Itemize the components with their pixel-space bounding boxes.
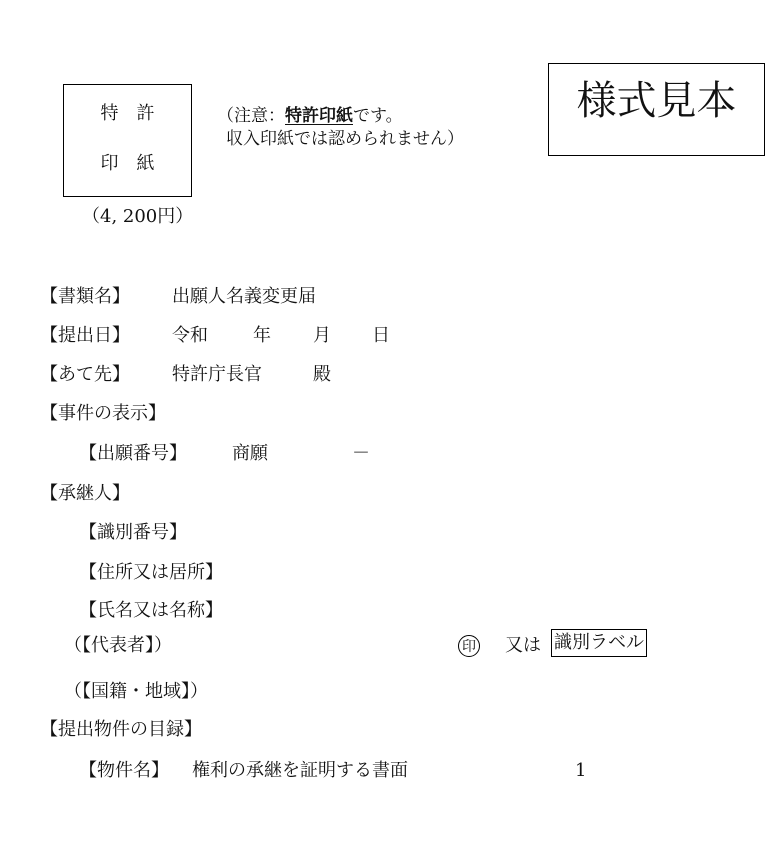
sample-form-box: 様式見本 bbox=[548, 63, 765, 156]
note-emphasis: 特許印紙 bbox=[285, 106, 353, 126]
address-label: 【住所又は居所】 bbox=[79, 564, 223, 582]
addressee-value: 特許庁長官 bbox=[172, 366, 262, 384]
addressee-honorific: 殿 bbox=[313, 366, 331, 384]
seal-icon: 印 bbox=[458, 635, 480, 657]
item-name-label: 【物件名】 bbox=[79, 762, 169, 780]
seal-mark: 印 bbox=[458, 635, 480, 657]
stamp-line-2: 印 紙 bbox=[64, 149, 191, 175]
item-name-value: 権利の承継を証明する書面 bbox=[192, 762, 408, 780]
submission-date-day: 日 bbox=[372, 327, 390, 345]
stamp-line-1: 特 許 bbox=[64, 99, 191, 125]
application-number-label: 【出願番号】 bbox=[79, 445, 187, 463]
name-label: 【氏名又は名称】 bbox=[79, 602, 223, 620]
sample-form-label: 様式見本 bbox=[549, 81, 764, 121]
stamp-amount: （4, 200円） bbox=[82, 208, 193, 226]
stamp-note-line-1: （注意：特許印紙です。 bbox=[217, 108, 403, 125]
id-number-label: 【識別番号】 bbox=[79, 524, 187, 542]
nationality-label: （【国籍・地域】） bbox=[64, 683, 208, 701]
id-label-text: 識別ラベル bbox=[551, 629, 647, 657]
submitted-items-label: 【提出物件の目録】 bbox=[40, 721, 202, 739]
stamp-note-line-2: 収入印紙では認められません） bbox=[226, 131, 464, 148]
submission-date-year: 年 bbox=[253, 327, 271, 345]
or-text: 又は bbox=[505, 637, 541, 655]
item-count: 1 bbox=[575, 762, 586, 780]
case-display-label: 【事件の表示】 bbox=[40, 405, 166, 423]
submission-date-label: 【提出日】 bbox=[40, 327, 130, 345]
successor-label: 【承継人】 bbox=[40, 485, 130, 503]
note-suffix: です。 bbox=[353, 106, 403, 126]
document-name-label: 【書類名】 bbox=[40, 288, 130, 306]
addressee-label: 【あて先】 bbox=[40, 366, 130, 384]
application-number-prefix: 商願 bbox=[232, 445, 268, 463]
id-label-box: 識別ラベル bbox=[551, 634, 647, 652]
submission-date-month: 月 bbox=[313, 327, 331, 345]
document-name-value: 出願人名義変更届 bbox=[172, 288, 316, 306]
application-number-dash: － bbox=[352, 445, 370, 463]
submission-date-era: 令和 bbox=[172, 327, 208, 345]
note-prefix: （注意： bbox=[217, 106, 285, 126]
representative-label: （【代表者】） bbox=[64, 637, 172, 655]
revenue-stamp-box: 特 許 印 紙 bbox=[63, 84, 192, 197]
